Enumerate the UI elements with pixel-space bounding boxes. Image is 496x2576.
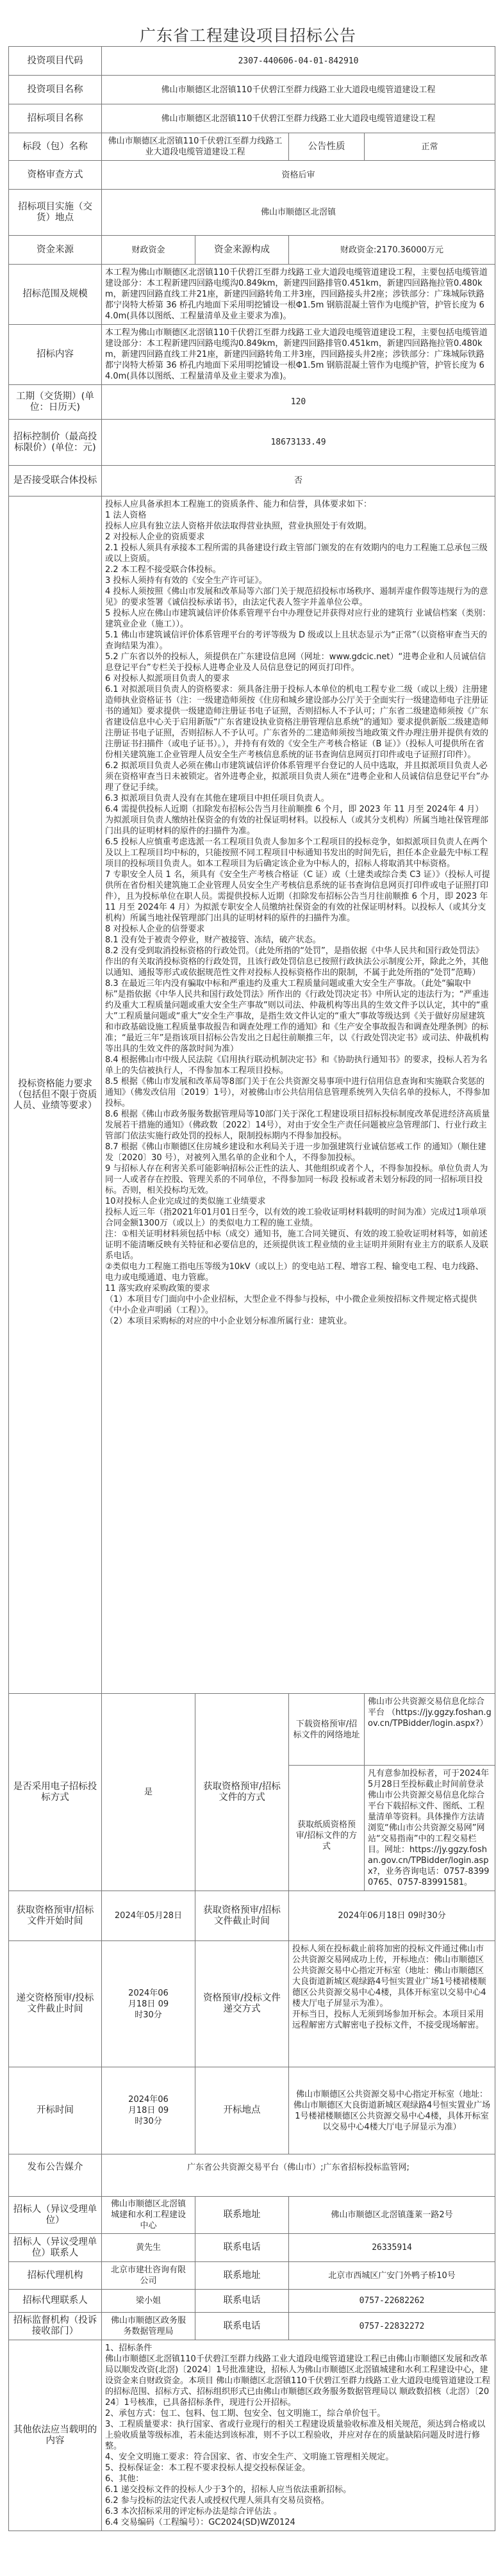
label-consortium: 是否接受联合体投标: [9, 466, 102, 496]
value-project-code: 2307-440606-04-01-842910: [102, 47, 495, 76]
value-media: 广东省公共资源交易平台（佛山市）;广东省招标投标监管网;: [102, 2154, 495, 2197]
row-project-code: 投资项目代码 2307-440606-04-01-842910: [9, 47, 495, 76]
value-tenderer-address: 佛山市顺德区北滘镇蓬莱一路2号: [289, 2197, 495, 2234]
value-agency: 北京市建壮咨询有限公司: [102, 2262, 195, 2290]
label-section-name: 标段（包）名称: [9, 133, 102, 161]
label-agency-contact: 招标代理联系人: [9, 2290, 102, 2313]
label-agency: 招标代理机构: [9, 2262, 102, 2290]
row-project-name: 投资项目名称 佛山市顺德区北滘镇110千伏碧江至群力线路工业大道段电缆管道建设工…: [9, 76, 495, 104]
row-consortium: 是否接受联合体投标 否: [9, 466, 495, 496]
row-funding: 资金来源 财政资金 资金来源构成 财政资金:2170.36000万元: [9, 236, 495, 265]
label-doc-method: 获取资格预审/招标文件的方式: [195, 1694, 289, 1891]
label-opening-place: 开标地点: [195, 2067, 289, 2154]
label-location: 招标项目实施（交货）地点: [9, 190, 102, 236]
row-scope: 招标范围及规模 本工程为佛山市顺德区北滘镇110千伏碧江至群力线路工业大道段电缆…: [9, 265, 495, 325]
label-download-address: 下载资格预审/招标文件的网络地址: [289, 1694, 365, 1766]
row-media: 发布公告媒介 广东省公共资源交易平台（佛山市）;广东省招标投标监管网;: [9, 2154, 495, 2197]
value-section-name: 佛山市顺德区北滘镇110千伏碧江至群力线路工业大道段电缆管道建设工程: [102, 133, 289, 161]
label-submit-deadline: 递交资格预审/投标文件截止时间: [9, 1941, 102, 2067]
value-funding: 财政资金: [102, 236, 195, 265]
label-tenderer-address: 联系地址: [195, 2197, 289, 2234]
value-agency-address: 北京市西城区广安门外鸭子桥10号: [289, 2262, 495, 2290]
value-duration: 120: [102, 385, 495, 420]
label-notice-nature: 公告性质: [289, 133, 365, 161]
row-tender-project-name: 招标项目名称 佛山市顺德区北滘镇110千伏碧江至群力线路工业大道段电缆管道建设工…: [9, 104, 495, 133]
value-submit-method: 投标人须在投标截止前将加密的投标文件通过佛山市公共资源交易网成功上传，开标地点：…: [289, 1941, 495, 2067]
row-location: 招标项目实施（交货）地点 佛山市顺德区北滘镇: [9, 190, 495, 236]
label-opening-time: 开标时间: [9, 2067, 102, 2154]
value-opening-place: 佛山市顺德区公共资源交易中心指定开标室（地址：佛山市顺德区大良街道新城区观绿路4…: [289, 2067, 495, 2154]
label-tenderer: 招标人（异议受理单位）: [9, 2197, 102, 2234]
page-bottom-spacer: [0, 2531, 496, 2576]
value-notice-nature: 正常: [365, 133, 495, 161]
row-tenderer-contact: 招标人（异议受理单位）联系人 黄先生 联系电话 26335914: [9, 2234, 495, 2262]
label-electronic: 是否采用电子招标投标方式: [9, 1694, 102, 1891]
label-agency-address: 联系地址: [195, 2262, 289, 2290]
row-content: 招标内容 本工程为佛山市顺德区北滘镇110千伏碧江至群力线路工业大道段电缆管道建…: [9, 325, 495, 385]
value-agency-contact: 梁小姐: [102, 2290, 195, 2313]
row-qualification-review: 资格审查方式 资格后审: [9, 161, 495, 190]
label-supervisor: 招标监督机构（投诉接收部门）: [9, 2313, 102, 2340]
row-supervisor: 招标监督机构（投诉接收部门） 佛山市顺德区政务服务数据管理局 联系电话 0757…: [9, 2313, 495, 2340]
label-scope: 招标范围及规模: [9, 265, 102, 325]
value-project-name: 佛山市顺德区北滘镇110千伏碧江至群力线路工业大道段电缆管道建设工程: [102, 76, 495, 104]
value-paper-method: 凡有意参加投标者，可于2024年5月28日至投标截止时间前登录佛山市公共资源交易…: [365, 1766, 495, 1891]
row-qualification: 投标资格能力要求（包括但不限于资质人员、业绩等要求） 投标人应具备承担本工程施工…: [9, 496, 495, 1694]
value-qualification-review: 资格后审: [102, 161, 495, 190]
value-scope: 本工程为佛山市顺德区北滘镇110千伏碧江至群力线路工业大道段电缆管道建设工程，主…: [102, 265, 495, 325]
value-tenderer-phone: 26335914: [289, 2234, 495, 2262]
label-project-code: 投资项目代码: [9, 47, 102, 76]
value-doc-end: 2024年06月18日 09时30分: [289, 1891, 495, 1941]
value-consortium: 否: [102, 466, 495, 496]
value-funding-composition: 财政资金:2170.36000万元: [289, 236, 495, 265]
label-duration: 工期（交货期）(单位：日历天): [9, 385, 102, 420]
row-doc-time: 获取资格预审/招标文件开始时间 2024年05月28日 获取资格预审/招标文件截…: [9, 1891, 495, 1941]
row-agency: 招标代理机构 北京市建壮咨询有限公司 联系地址 北京市西城区广安门外鸭子桥10号: [9, 2262, 495, 2290]
tender-notice-table: 投资项目代码 2307-440606-04-01-842910 投资项目名称 佛…: [8, 46, 495, 2531]
row-section-name: 标段（包）名称 佛山市顺德区北滘镇110千伏碧江至群力线路工业大道段电缆管道建设…: [9, 133, 495, 161]
label-tenderer-contact: 招标人（异议受理单位）联系人: [9, 2234, 102, 2262]
label-qualification: 投标资格能力要求（包括但不限于资质人员、业绩等要求）: [9, 496, 102, 1694]
label-supervisor-phone: 联系电话: [195, 2313, 289, 2340]
row-price-limit: 招标控制价（最高投标限价）(单位：元) 18673133.49: [9, 420, 495, 466]
row-other: 其他依法应当载明的内容 1、招标条件 佛山市顺德区北滘镇110千伏碧江至群力线路…: [9, 2340, 495, 2531]
value-tenderer: 佛山市顺德区北滘镇城建和水利工程建设中心: [102, 2197, 195, 2234]
label-funding: 资金来源: [9, 236, 102, 265]
value-agency-phone: 0757-22682262: [289, 2290, 495, 2313]
row-agency-contact: 招标代理联系人 梁小姐 联系电话 0757-22682262: [9, 2290, 495, 2313]
value-content: 本工程为佛山市顺德区北滘镇110千伏碧江至群力线路工业大道段电缆管道建设工程，主…: [102, 325, 495, 385]
label-content: 招标内容: [9, 325, 102, 385]
value-electronic: 是: [102, 1694, 195, 1891]
value-tenderer-contact: 黄先生: [102, 2234, 195, 2262]
value-price-limit: 18673133.49: [102, 420, 495, 466]
label-qualification-review: 资格审查方式: [9, 161, 102, 190]
value-doc-start: 2024年05月28日: [102, 1891, 195, 1941]
label-agency-phone: 联系电话: [195, 2290, 289, 2313]
label-paper-method: 获取纸质资格预审/招标文件的方式: [289, 1766, 365, 1891]
value-other: 1、招标条件 佛山市顺德区北滘镇110千伏碧江至群力线路工业大道段电缆管道建设工…: [102, 2340, 495, 2531]
value-location: 佛山市顺德区北滘镇: [102, 190, 495, 236]
label-doc-start: 获取资格预审/招标文件开始时间: [9, 1891, 102, 1941]
row-electronic-download: 是否采用电子招标投标方式 是 获取资格预审/招标文件的方式 下载资格预审/招标文…: [9, 1694, 495, 1766]
value-download-address[interactable]: 佛山市公共资源交易信息化综合平台 （https://jy.ggzy.foshan…: [365, 1694, 495, 1766]
row-tenderer: 招标人（异议受理单位） 佛山市顺德区北滘镇城建和水利工程建设中心 联系地址 佛山…: [9, 2197, 495, 2234]
label-price-limit: 招标控制价（最高投标限价）(单位：元): [9, 420, 102, 466]
value-supervisor: 佛山市顺德区政务服务数据管理局: [102, 2313, 195, 2340]
value-submit-deadline: 2024年06月18日 09时30分: [102, 1941, 195, 2067]
label-project-name: 投资项目名称: [9, 76, 102, 104]
value-opening-time: 2024年06月18日 09时30分: [102, 2067, 195, 2154]
label-tenderer-phone: 联系电话: [195, 2234, 289, 2262]
label-doc-end: 获取资格预审/招标文件截止时间: [195, 1891, 289, 1941]
label-other: 其他依法应当载明的内容: [9, 2340, 102, 2531]
label-funding-composition: 资金来源构成: [195, 236, 289, 265]
label-tender-project-name: 招标项目名称: [9, 104, 102, 133]
label-media: 发布公告媒介: [9, 2154, 102, 2197]
row-opening: 开标时间 2024年06月18日 09时30分 开标地点 佛山市顺德区公共资源交…: [9, 2067, 495, 2154]
label-submit-method: 资格预审/投标文件递交方式: [195, 1941, 289, 2067]
row-submit: 递交资格预审/投标文件截止时间 2024年06月18日 09时30分 资格预审/…: [9, 1941, 495, 2067]
value-tender-project-name: 佛山市顺德区北滘镇110千伏碧江至群力线路工业大道段电缆管道建设工程: [102, 104, 495, 133]
page-title: 广东省工程建设项目招标公告: [0, 0, 496, 46]
row-duration: 工期（交货期）(单位：日历天) 120: [9, 385, 495, 420]
value-supervisor-phone: 0757-22832272: [289, 2313, 495, 2340]
value-qualification: 投标人应具备承担本工程施工的资质条件、能力和信誉，具体要求如下： 1 法人资格 …: [102, 496, 495, 1694]
